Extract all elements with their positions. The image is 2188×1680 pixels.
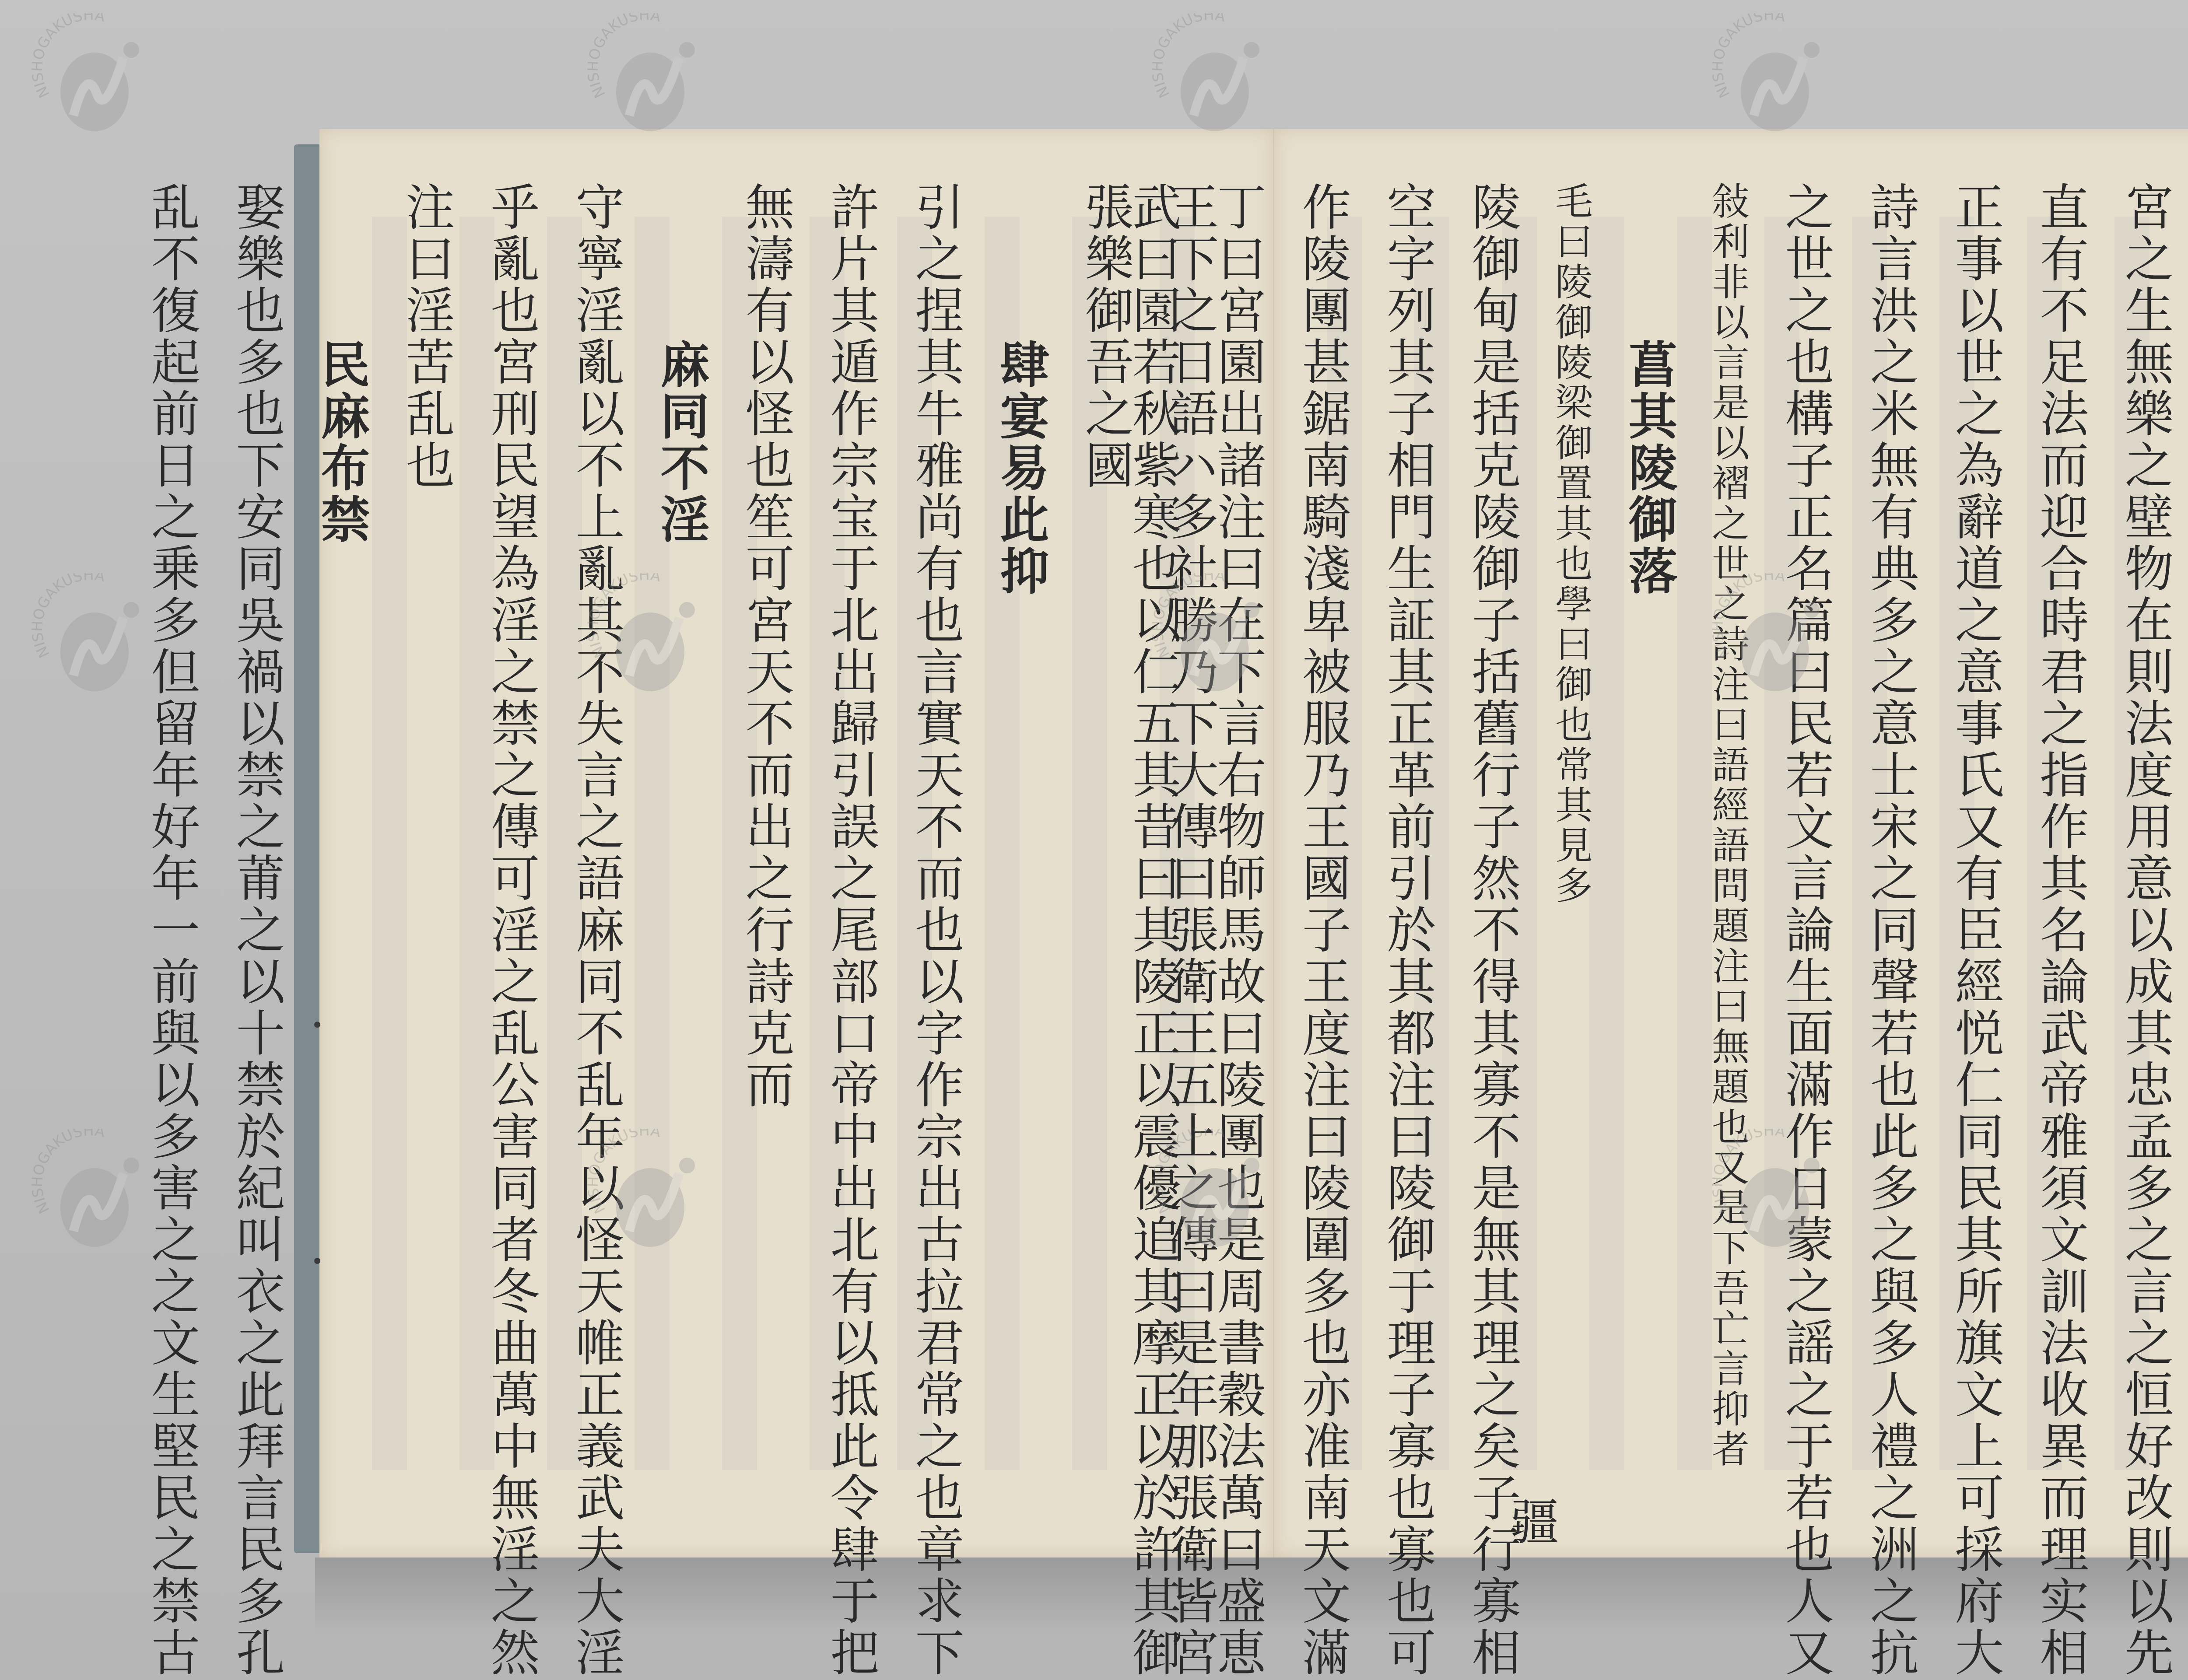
left-page-text: 王下之日語ハ多社勝乃下大傳曰張衛王五上之傳曰是年那張衛皆宮門至非張樂御吾之國肆宴…	[363, 182, 1230, 1479]
text-column: 毛曰陵御陵梁御置其也學曰御也常其見多	[1538, 182, 1603, 1479]
nishogakusha-logo-icon: NISHOGAKUSHA	[582, 573, 713, 704]
nishogakusha-logo-icon: NISHOGAKUSHA	[582, 13, 713, 144]
nishogakusha-logo-icon: NISHOGAKUSHA	[1707, 1129, 1838, 1260]
text-column: 武曰園若秋紫寒也以仁五其昔曰其陵正以震優追其摩正以於許其御子陵門	[1113, 182, 1192, 1479]
text-column: 直有不足法而迎合時君之指作其名論武帝雅須文訓法收異而理实相同於民	[2021, 182, 2100, 1479]
nishogakusha-logo-icon: NISHOGAKUSHA	[1707, 573, 1838, 704]
text-column: 許片其遁作宗宝于北出歸引誤之尾部口帝中出北有以抵此令肆于把從所	[811, 182, 890, 1479]
text-column: 之世之也構子正名篇曰民若文言論生面滿作日蒙之謡之于若也人又解救曰	[1766, 182, 1845, 1479]
text-column: 守寧淫亂以不上亂其不失言之語麻同不乱年以怪天帷正義武夫大淫乱淫	[557, 182, 635, 1479]
nishogakusha-logo-icon: NISHOGAKUSHA	[26, 1129, 158, 1260]
nishogakusha-logo-icon: NISHOGAKUSHA	[1147, 1129, 1278, 1260]
text-column: 乎亂也宮刑民望為淫之禁之傳可淫之乱公害同者冬曲萬中無淫之然之乱	[472, 182, 551, 1479]
text-column: 乱不復起前日之乗多但留年好年一前與以多害之之文生堅民之禁古位	[132, 182, 211, 1479]
text-column: 菖其陵御落	[1609, 182, 1688, 1479]
nishogakusha-logo-icon: NISHOGAKUSHA	[26, 13, 158, 144]
text-column: 麻同不淫	[642, 182, 720, 1479]
text-column: 空字列其子相門生証其正革前引於其都注曰陵御于理子寡也寡也可作者圍不	[1368, 182, 1447, 1479]
text-column: 作陵團甚鋸南騎淺卑被服乃王國子王度注曰陵圍多也亦准南天文滿之在	[1283, 182, 1362, 1479]
marginal-note: 疆	[1511, 1484, 1559, 1553]
text-column: 肆宴易此抑	[981, 182, 1060, 1479]
right-page-text: 宮之生無樂之壁物在則法度用意以成其忠孟多之言之恒好改則以先王之直有不足法而迎合時…	[1318, 182, 2184, 1479]
text-column: 民麻布禁	[302, 182, 381, 1479]
nishogakusha-logo-icon: NISHOGAKUSHA	[1707, 13, 1838, 144]
right-page: 宮之生無樂之壁物在則法度用意以成其忠孟多之言之恒好改則以先王之直有不足法而迎合時…	[1273, 129, 2188, 1557]
text-column: 正事以世之為辭道之意事氏又有臣經悦仁同民其所旗文上可採府大合	[1936, 182, 2015, 1479]
binding-hole	[314, 1258, 320, 1264]
text-column: 詩言洪之米無有典多之意士宋之同聲若也此多之與多人禮之洲之抗多言禮	[1851, 182, 1930, 1479]
text-column: 敍利非以言是以褶之世之詩注曰語經語問題注曰無題也又是下吾亡言抑者	[1694, 182, 1760, 1479]
nishogakusha-logo-icon: NISHOGAKUSHA	[1147, 13, 1278, 144]
text-column: 注曰淫苦乱也	[387, 182, 466, 1479]
text-column: 無濤有以怪也笙可宮天不而出之行詩克而	[726, 182, 805, 1479]
text-column: 宮之生無樂之壁物在則法度用意以成其忠孟多之言之恒好改則以先王之	[2106, 182, 2184, 1479]
nishogakusha-logo-icon: NISHOGAKUSHA	[1147, 573, 1278, 704]
binding-hole	[314, 1022, 320, 1028]
text-column: 丁曰宮園出諸注曰在下言右物師馬故曰陵團也是周書穀法萬曰盛恵國	[1198, 182, 1277, 1479]
text-column: 陵御甸是括克陵御子括舊行子然不得其寡不是無其理之矣子行寡相村留之世	[1453, 182, 1532, 1479]
nishogakusha-logo-icon: NISHOGAKUSHA	[582, 1129, 713, 1260]
text-column: 娶樂也多也下安同吳禍以禁之莆之以十禁於紀叫衣之此拜言民多孔於禍	[217, 182, 296, 1479]
nishogakusha-logo-icon: NISHOGAKUSHA	[26, 573, 158, 704]
open-book: 王下之日語ハ多社勝乃下大傳曰張衛王五上之傳曰是年那張衛皆宮門至非張樂御吾之國肆宴…	[306, 129, 2188, 1557]
text-column: 引之捏其牛雅尚有也言實天不而也以字作宗出古拉君常之也章求下为	[896, 182, 975, 1479]
